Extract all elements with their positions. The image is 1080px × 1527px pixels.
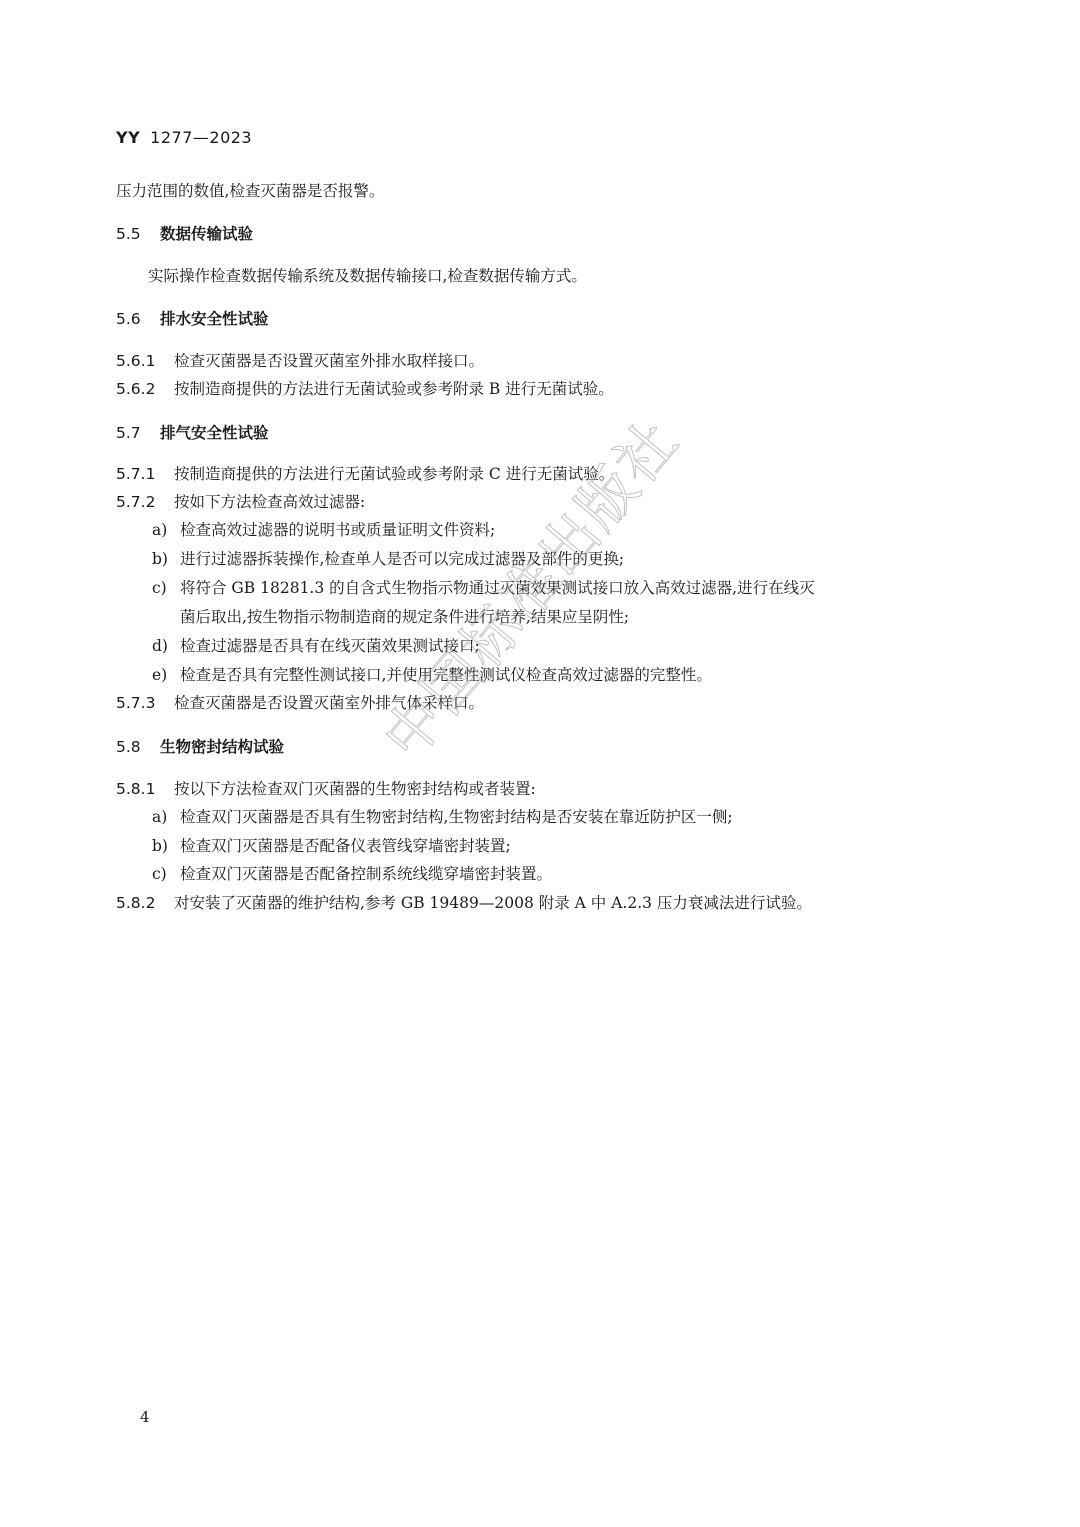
list-item: d)检查过滤器是否具有在线灭菌效果测试接口; xyxy=(152,635,480,657)
continuation-text: 压力范围的数值,检查灭菌器是否报警。 xyxy=(116,180,384,202)
list-text: 检查高效过滤器的说明书或质量证明文件资料; xyxy=(180,521,495,539)
clause-number: 5.8.2 xyxy=(116,892,174,914)
section-number: 5.6 xyxy=(116,308,160,330)
list-marker: c) xyxy=(152,577,180,599)
section-title: 排气安全性试验 xyxy=(160,424,269,442)
list-text: 检查双门灭菌器是否配备控制系统线缆穿墙密封装置。 xyxy=(180,865,552,883)
section-title: 生物密封结构试验 xyxy=(160,738,284,756)
clause-text: 按制造商提供的方法进行无菌试验或参考附录 C 进行无菌试验。 xyxy=(174,465,614,483)
list-marker: b) xyxy=(152,548,180,570)
list-text: 检查双门灭菌器是否具有生物密封结构,生物密封结构是否安装在靠近防护区一侧; xyxy=(180,808,733,826)
section-heading-5-5: 5.5数据传输试验 xyxy=(116,223,253,245)
list-marker: c) xyxy=(152,863,180,885)
standard-prefix: YY xyxy=(116,128,140,147)
clause-number: 5.7.3 xyxy=(116,692,174,714)
clause-number: 5.7.2 xyxy=(116,491,174,513)
list-marker: a) xyxy=(152,519,180,541)
section-title: 数据传输试验 xyxy=(160,225,253,243)
clause-text: 按以下方法检查双门灭菌器的生物密封结构或者装置: xyxy=(174,780,536,798)
clause-5-7-1: 5.7.1按制造商提供的方法进行无菌试验或参考附录 C 进行无菌试验。 xyxy=(116,463,614,485)
list-marker: d) xyxy=(152,635,180,657)
list-text: 将符合 GB 18281.3 的自含式生物指示物通过灭菌效果测试接口放入高效过滤… xyxy=(180,579,815,597)
list-item: b)进行过滤器拆装操作,检查单人是否可以完成过滤器及部件的更换; xyxy=(152,548,624,570)
clause-text: 对安装了灭菌器的维护结构,参考 GB 19489—2008 附录 A 中 A.2… xyxy=(174,894,812,912)
standard-number: 1277—2023 xyxy=(150,128,252,147)
clause-5-8-2: 5.8.2对安装了灭菌器的维护结构,参考 GB 19489—2008 附录 A … xyxy=(116,892,812,914)
list-text: 检查双门灭菌器是否配备仪表管线穿墙密封装置; xyxy=(180,837,511,855)
list-item: a)检查高效过滤器的说明书或质量证明文件资料; xyxy=(152,519,495,541)
clause-text: 检查灭菌器是否设置灭菌室外排气体采样口。 xyxy=(174,694,484,712)
list-text: 检查过滤器是否具有在线灭菌效果测试接口; xyxy=(180,637,480,655)
section-number: 5.7 xyxy=(116,422,160,444)
page-number: 4 xyxy=(140,1408,150,1426)
list-item: a)检查双门灭菌器是否具有生物密封结构,生物密封结构是否安装在靠近防护区一侧; xyxy=(152,806,733,828)
list-marker: a) xyxy=(152,806,180,828)
clause-5-7-3: 5.7.3检查灭菌器是否设置灭菌室外排气体采样口。 xyxy=(116,692,484,714)
clause-number: 5.7.1 xyxy=(116,463,174,485)
clause-5-8-1: 5.8.1按以下方法检查双门灭菌器的生物密封结构或者装置: xyxy=(116,778,536,800)
clause-text: 按制造商提供的方法进行无菌试验或参考附录 B 进行无菌试验。 xyxy=(174,380,614,398)
list-item: c)检查双门灭菌器是否配备控制系统线缆穿墙密封装置。 xyxy=(152,863,552,885)
section-heading-5-8: 5.8生物密封结构试验 xyxy=(116,736,284,758)
list-marker: e) xyxy=(152,664,180,686)
section-heading-5-6: 5.6排水安全性试验 xyxy=(116,308,269,330)
section-number: 5.8 xyxy=(116,736,160,758)
document-header: YY1277—2023 xyxy=(116,128,252,147)
section-number: 5.5 xyxy=(116,223,160,245)
list-marker: b) xyxy=(152,835,180,857)
list-item: e)检查是否具有完整性测试接口,并使用完整性测试仪检查高效过滤器的完整性。 xyxy=(152,664,712,686)
clause-text: 按如下方法检查高效过滤器: xyxy=(174,493,365,511)
list-item: c)将符合 GB 18281.3 的自含式生物指示物通过灭菌效果测试接口放入高效… xyxy=(152,577,815,599)
clause-number: 5.6.2 xyxy=(116,378,174,400)
section-heading-5-7: 5.7排气安全性试验 xyxy=(116,422,269,444)
clause-number: 5.6.1 xyxy=(116,350,174,372)
clause-5-6-2: 5.6.2按制造商提供的方法进行无菌试验或参考附录 B 进行无菌试验。 xyxy=(116,378,614,400)
clause-5-7-2: 5.7.2按如下方法检查高效过滤器: xyxy=(116,491,365,513)
section-title: 排水安全性试验 xyxy=(160,310,269,328)
clause-text: 检查灭菌器是否设置灭菌室外排水取样接口。 xyxy=(174,352,484,370)
list-text-continuation: 菌后取出,按生物指示物制造商的规定条件进行培养,结果应呈阴性; xyxy=(180,606,629,628)
section-body-5-5: 实际操作检查数据传输系统及数据传输接口,检查数据传输方式。 xyxy=(148,265,587,287)
list-text: 进行过滤器拆装操作,检查单人是否可以完成过滤器及部件的更换; xyxy=(180,550,624,568)
list-item: b)检查双门灭菌器是否配备仪表管线穿墙密封装置; xyxy=(152,835,511,857)
clause-5-6-1: 5.6.1检查灭菌器是否设置灭菌室外排水取样接口。 xyxy=(116,350,484,372)
clause-number: 5.8.1 xyxy=(116,778,174,800)
list-text: 检查是否具有完整性测试接口,并使用完整性测试仪检查高效过滤器的完整性。 xyxy=(180,666,712,684)
